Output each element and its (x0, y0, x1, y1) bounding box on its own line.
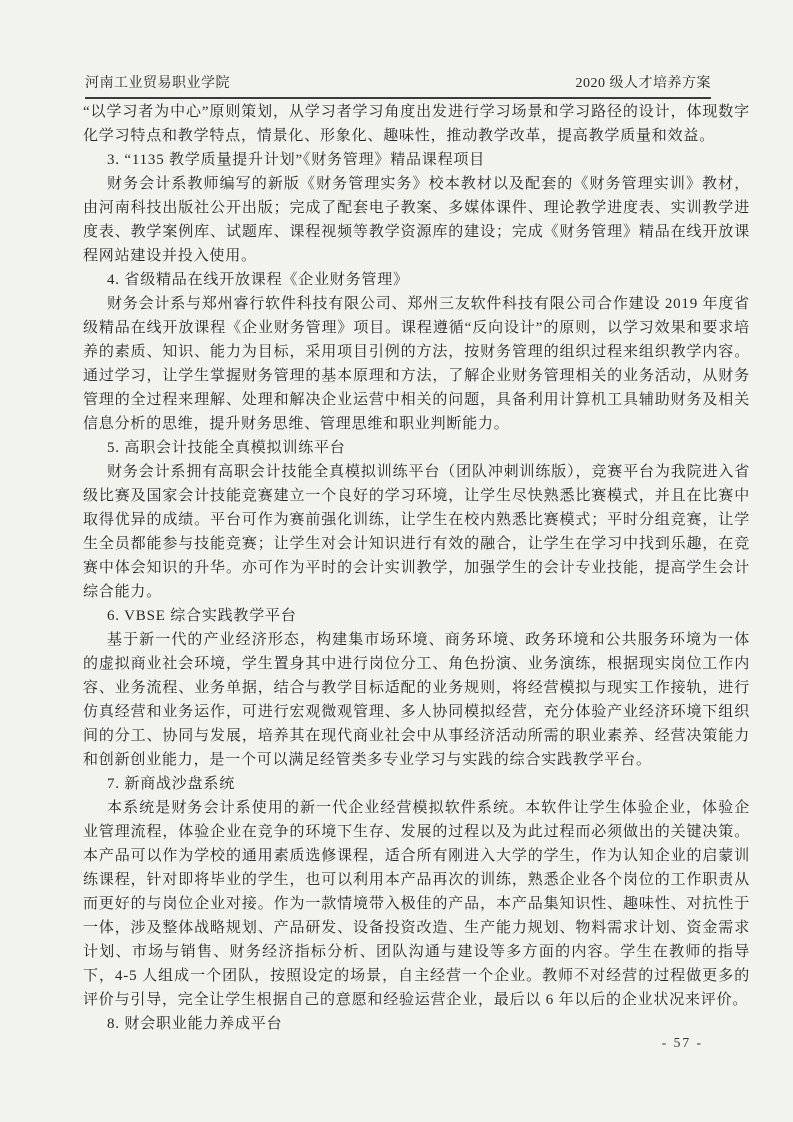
document-body: “以学习者为中心”原则策划，从学习者学习角度出发进行学习场景和学习路径的设计，体… (83, 100, 750, 1036)
section-7-paragraph: 本系统是财务会计系使用的新一代企业经营模拟软件系统。本软件让学生体验企业，体验企… (83, 796, 750, 1012)
section-heading-8: 8. 财会职业能力养成平台 (83, 1012, 750, 1036)
section-3-paragraph: 财务会计系教师编写的新版《财务管理实务》校本教材以及配套的《财务管理实训》教材，… (83, 172, 750, 268)
section-5-paragraph: 财务会计系拥有高职会计技能全真模拟训练平台（团队冲刺训练版），竞赛平台为我院进入… (83, 460, 750, 604)
page-header: 河南工业贸易职业学院 2020 级人才培养方案 (85, 72, 711, 99)
section-6-paragraph: 基于新一代的产业经济形态，构建集市场环境、商务环境、政务环境和公共服务环境为一体… (83, 628, 750, 772)
header-school-name: 河南工业贸易职业学院 (85, 72, 230, 92)
section-4-paragraph: 财务会计系与郑州睿行软件科技有限公司、郑州三友软件科技有限公司合作建设 2019… (83, 292, 750, 436)
section-heading-5: 5. 高职会计技能全真模拟训练平台 (83, 436, 750, 460)
section-heading-7: 7. 新商战沙盘系统 (83, 772, 750, 796)
header-plan-title: 2020 级人才培养方案 (576, 72, 712, 92)
paragraph-continuation: “以学习者为中心”原则策划，从学习者学习角度出发进行学习场景和学习路径的设计，体… (83, 100, 750, 148)
document-page: 河南工业贸易职业学院 2020 级人才培养方案 “以学习者为中心”原则策划，从学… (0, 0, 793, 1122)
page-number: - 57 - (662, 1035, 703, 1051)
section-heading-3: 3. “1135 教学质量提升计划”《财务管理》精品课程项目 (83, 148, 750, 172)
section-heading-6: 6. VBSE 综合实践教学平台 (83, 604, 750, 628)
section-heading-4: 4. 省级精品在线开放课程《企业财务管理》 (83, 268, 750, 292)
